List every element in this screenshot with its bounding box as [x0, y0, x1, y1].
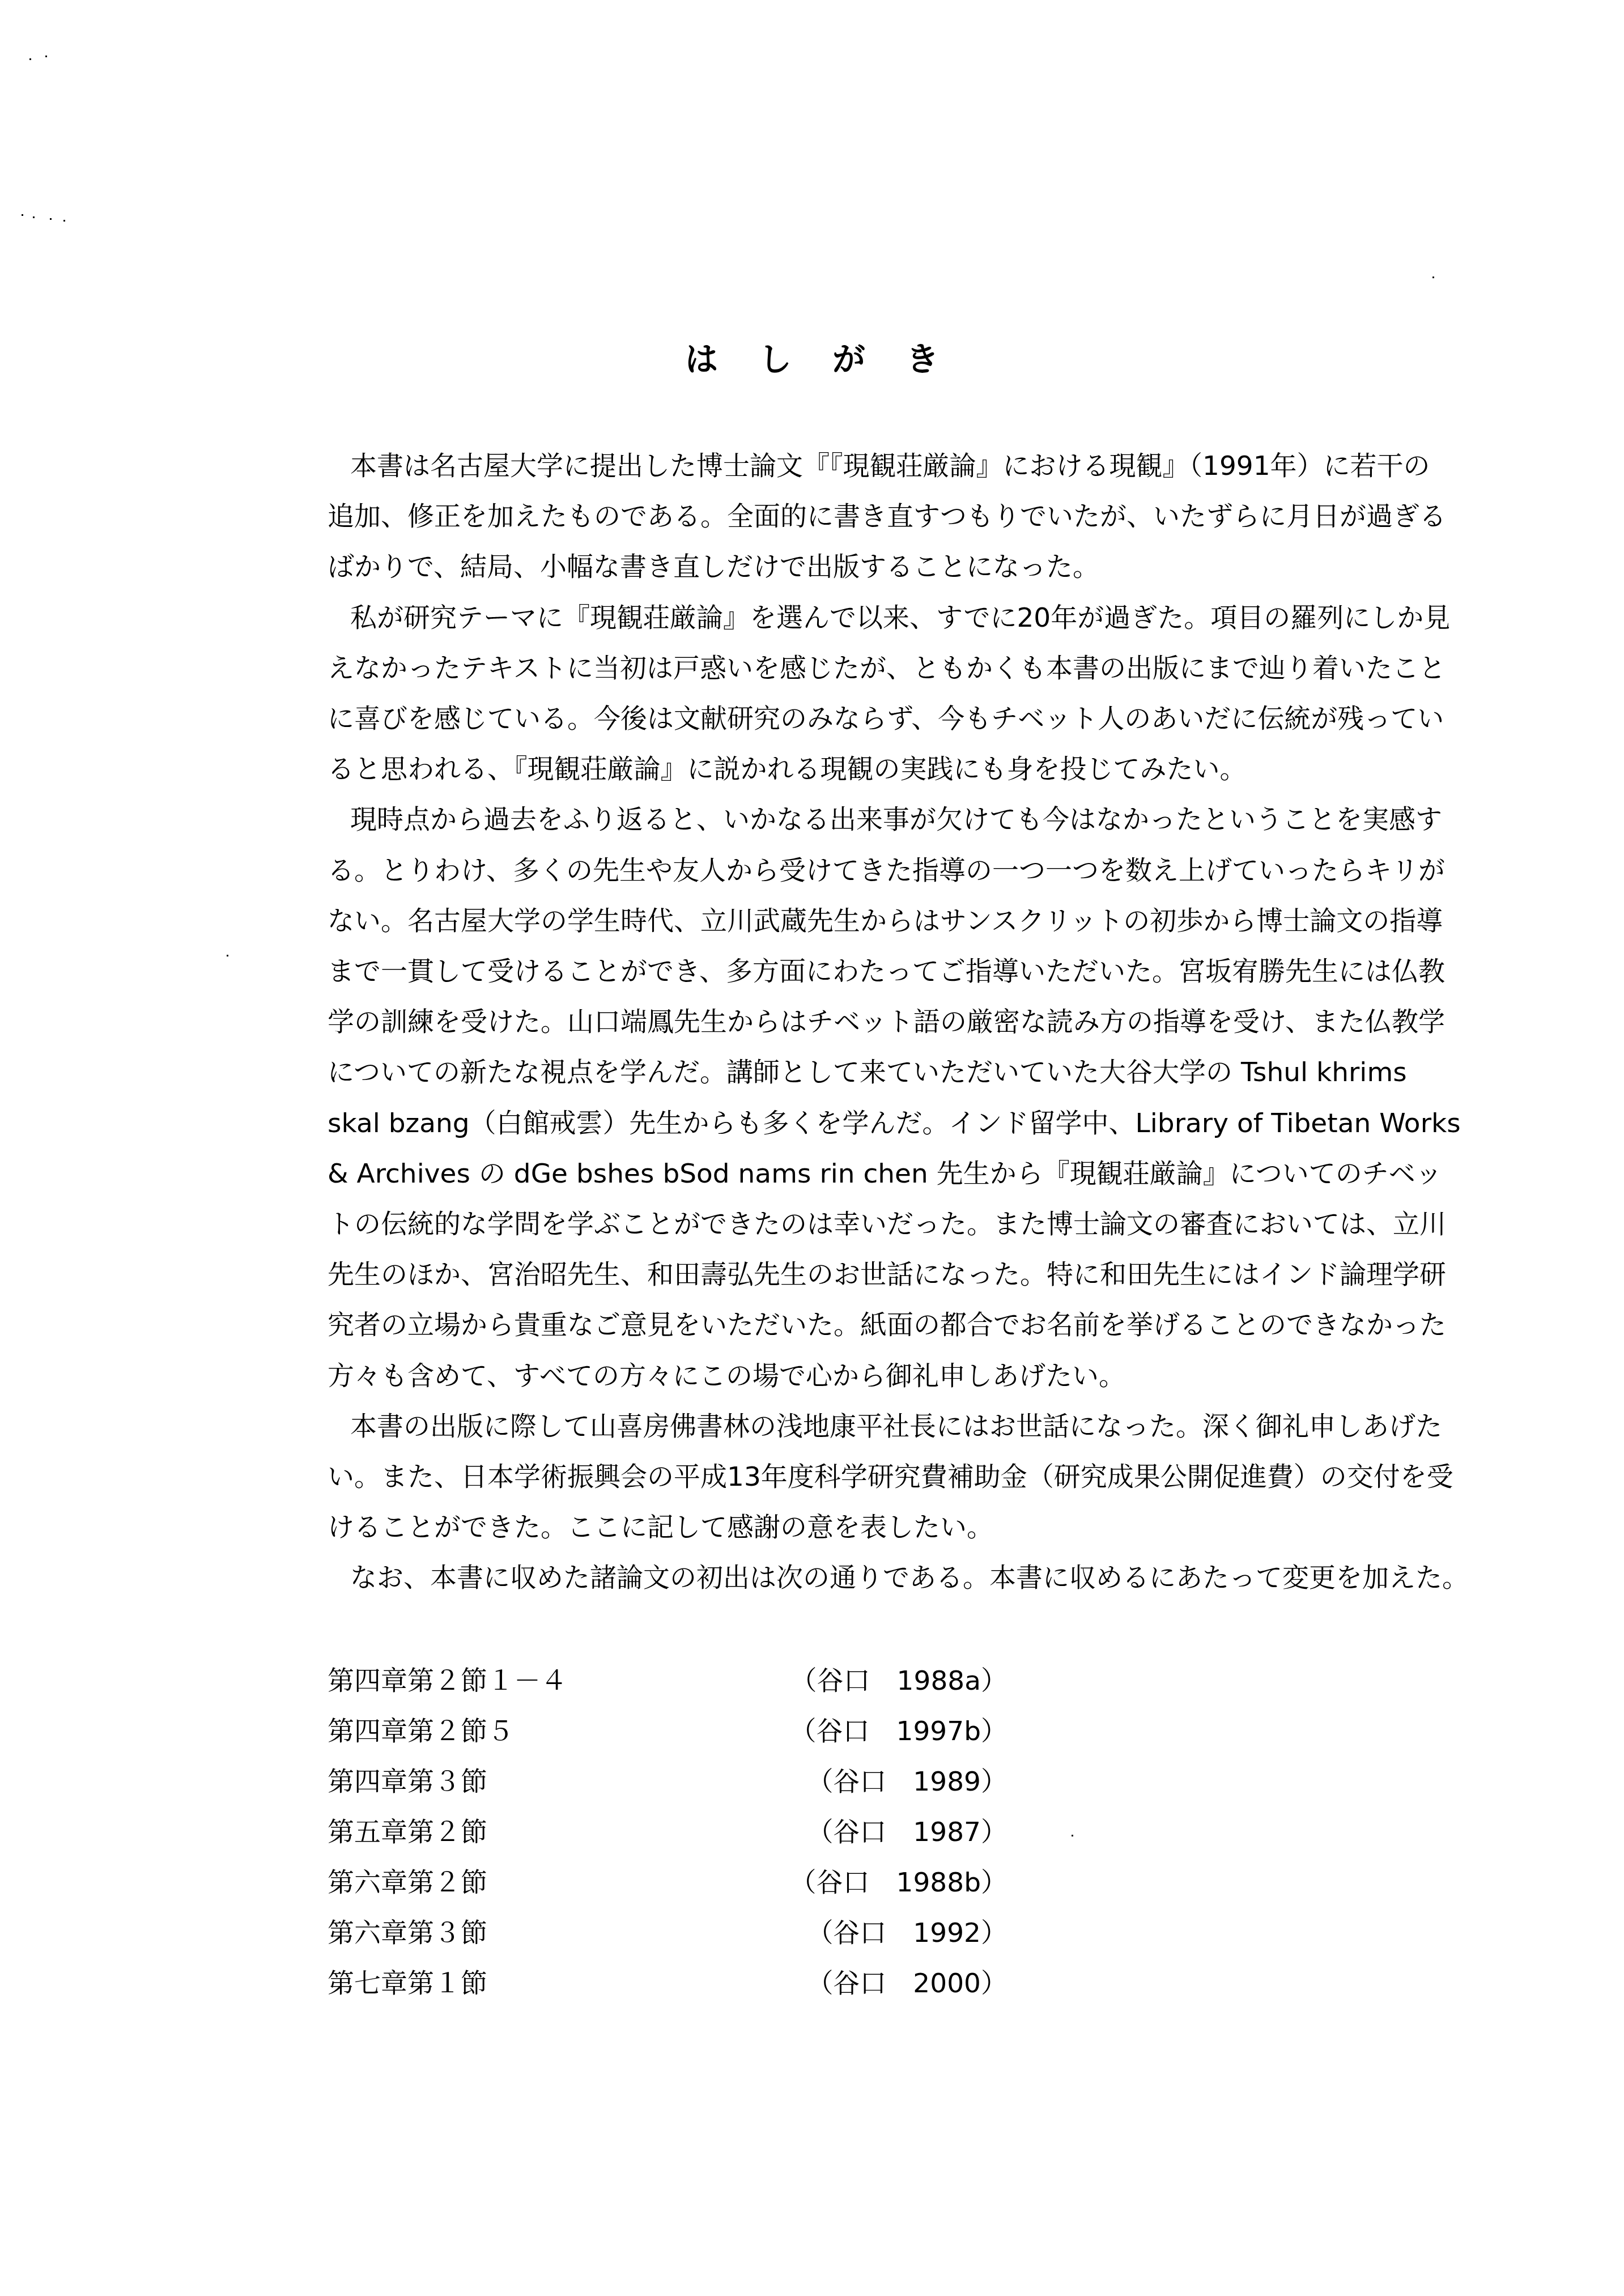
text-line: 究者の立場から貴重なご意見をいただいた。紙面の都合でお名前を挙げることのできなか…	[328, 1300, 1439, 1350]
text-line: に喜びを感じている。今後は文献研究のみならず、今もチベット人のあいだに伝統が残っ…	[328, 694, 1439, 744]
source-citation: （谷口 1987）	[806, 1811, 1007, 1849]
text-line: 本書は名古屋大学に提出した博士論文『『現観荘厳論』における現観』（1991年）に…	[328, 441, 1439, 491]
text-line: 私が研究テーマに『現観荘厳論』を選んで以来、すでに20年が過ぎた。項目の羅列にし…	[328, 593, 1439, 643]
source-row: 第六章 第３節 （谷口 1992）	[328, 1906, 1007, 1956]
source-row: 第四章 第３節 （谷口 1989）	[328, 1754, 1007, 1805]
source-row: 第四章 第２節１－４ （谷口 1988a）	[328, 1653, 1007, 1704]
text-line: トの伝統的な学問を学ぶことができたのは幸いだった。また博士論文の審査においては、…	[328, 1199, 1439, 1249]
source-chapter: 第七章	[328, 1962, 407, 2000]
source-section: 第２節５	[407, 1710, 790, 1748]
source-section: 第３節	[407, 1761, 806, 1798]
source-chapter: 第四章	[328, 1710, 407, 1748]
source-section: 第１節	[407, 1962, 806, 2000]
source-chapter: 第六章	[328, 1912, 407, 1950]
scan-speck	[29, 58, 31, 60]
scan-speck	[63, 220, 65, 222]
paragraph-1: 本書は名古屋大学に提出した博士論文『『現観荘厳論』における現観』（1991年）に…	[328, 441, 1439, 593]
source-section: 第２節１－４	[407, 1660, 790, 1698]
document-page: はしがき 本書は名古屋大学に提出した博士論文『『現観荘厳論』における現観』（19…	[0, 0, 1624, 2296]
source-citation: （谷口 2000）	[806, 1962, 1007, 2000]
scan-speck	[50, 218, 52, 220]
source-row: 第五章 第２節 （谷口 1987）	[328, 1805, 1007, 1855]
text-line: なお、本書に収めた諸論文の初出は次の通りである。本書に収めるにあたって変更を加え…	[328, 1553, 1439, 1603]
scan-speck	[45, 56, 47, 57]
source-section: 第２節	[407, 1811, 806, 1849]
text-line: 学の訓練を受けた。山口端鳳先生からはチベット語の厳密な読み方の指導を受け、また仏…	[328, 997, 1439, 1047]
paragraph-3: 現時点から過去をふり返ると、いかなる出来事が欠けても今はなかったということを実感…	[328, 794, 1439, 1401]
paragraph-5: なお、本書に収めた諸論文の初出は次の通りである。本書に収めるにあたって変更を加え…	[328, 1553, 1439, 1603]
text-line: 追加、修正を加えたものである。全面的に書き直すつもりでいたが、いたずらに月日が過…	[328, 491, 1439, 542]
source-citation: （谷口 1997b）	[790, 1710, 1007, 1748]
preface-body: 本書は名古屋大学に提出した博士論文『『現観荘厳論』における現観』（1991年）に…	[328, 441, 1439, 1604]
source-list: 第四章 第２節１－４ （谷口 1988a） 第四章 第２節５ （谷口 1997b…	[328, 1653, 1007, 2006]
source-chapter: 第四章	[328, 1660, 407, 1698]
text-line: ると思われる、『現観荘厳論』に説かれる現観の実践にも身を投じてみたい。	[328, 744, 1439, 794]
text-line: skal bzang（白館戒雲）先生からも多くを学んだ。インド留学中、Libra…	[328, 1098, 1439, 1149]
text-line: ばかりで、結局、小幅な書き直しだけで出版することになった。	[328, 542, 1439, 592]
text-line: る。とりわけ、多くの先生や友人から受けてきた指導の一つ一つを数え上げていったらキ…	[328, 845, 1439, 896]
text-line: 方々も含めて、すべての方々にこの場で心から御礼申しあげたい。	[328, 1351, 1439, 1401]
text-line: けることができた。ここに記して感謝の意を表したい。	[328, 1502, 1439, 1553]
text-line: まで一貫して受けることができ、多方面にわたってご指導いただいた。宮坂宥勝先生には…	[328, 946, 1439, 997]
text-line: ない。名古屋大学の学生時代、立川武蔵先生からはサンスクリットの初歩から博士論文の…	[328, 896, 1439, 946]
text-line: い。また、日本学術振興会の平成13年度科学研究費補助金（研究成果公開促進費）の交…	[328, 1452, 1439, 1502]
text-line: 先生のほか、宮治昭先生、和田壽弘先生のお世話になった。特に和田先生にはインド論理…	[328, 1249, 1439, 1300]
source-citation: （谷口 1989）	[806, 1761, 1007, 1798]
source-row: 第七章 第１節 （谷口 2000）	[328, 1956, 1007, 2006]
source-citation: （谷口 1988a）	[790, 1660, 1007, 1698]
text-line: & Archives の dGe bshes bSod nams rin che…	[328, 1149, 1439, 1199]
scan-speck	[1432, 277, 1434, 278]
source-citation: （谷口 1992）	[806, 1912, 1007, 1950]
text-line: えなかったテキストに当初は戸惑いを感じたが、ともかくも本書の出版にまで辿り着いた…	[328, 643, 1439, 694]
source-section: 第２節	[407, 1861, 790, 1899]
source-section: 第３節	[407, 1912, 806, 1950]
source-chapter: 第五章	[328, 1811, 407, 1849]
scan-speck	[22, 214, 23, 216]
source-row: 第四章 第２節５ （谷口 1997b）	[328, 1704, 1007, 1754]
source-citation: （谷口 1988b）	[790, 1861, 1007, 1899]
page-title: はしがき	[0, 333, 1624, 380]
scan-speck	[1072, 1835, 1073, 1836]
source-chapter: 第六章	[328, 1861, 407, 1899]
scan-speck	[227, 955, 228, 956]
source-chapter: 第四章	[328, 1761, 407, 1798]
paragraph-4: 本書の出版に際して山喜房佛書林の浅地康平社長にはお世話になった。深く御礼申しあげ…	[328, 1401, 1439, 1553]
text-line: についての新たな視点を学んだ。講師として来ていただいていた大谷大学の Tshul…	[328, 1047, 1439, 1098]
text-line: 本書の出版に際して山喜房佛書林の浅地康平社長にはお世話になった。深く御礼申しあげ…	[328, 1401, 1439, 1452]
paragraph-2: 私が研究テーマに『現観荘厳論』を選んで以来、すでに20年が過ぎた。項目の羅列にし…	[328, 593, 1439, 795]
text-line: 現時点から過去をふり返ると、いかなる出来事が欠けても今はなかったということを実感…	[328, 794, 1439, 845]
scan-speck	[33, 216, 35, 218]
source-row: 第六章 第２節 （谷口 1988b）	[328, 1855, 1007, 1906]
